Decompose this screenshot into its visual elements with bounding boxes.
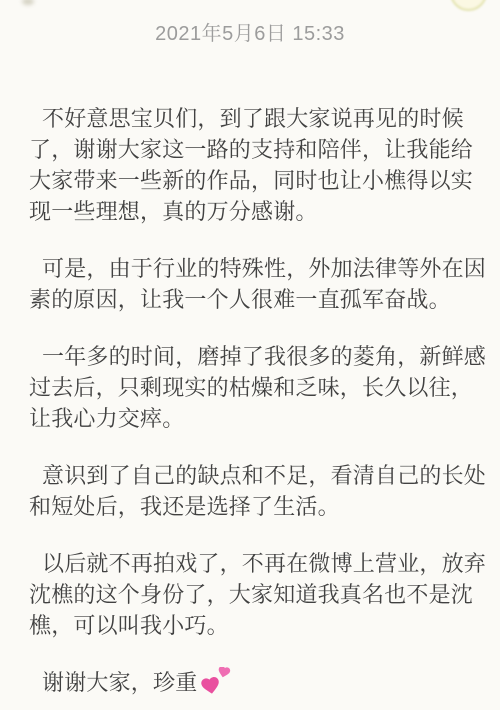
paragraph-line: 素的原因，让我一个人很难一直孤军奋战。: [29, 284, 490, 315]
post-paragraph: 以后就不再拍戏了，不再在微博上营业，放弃 沈樵的这个身份了，大家知道我真名也不是…: [29, 548, 490, 641]
paragraph-line: 让我心力交瘁。: [29, 403, 490, 434]
closing-text: 谢谢大家，珍重: [29, 667, 197, 698]
post-paragraph: 一年多的时间，磨掉了我很多的菱角，新鲜感 过去后，只剩现实的枯燥和乏味，长久以往…: [29, 341, 490, 434]
paragraph-line: 意识到了自己的缺点和不足，看清自己的长处: [29, 460, 490, 491]
post-paragraph: 可是，由于行业的特殊性，外加法律等外在因 素的原因，让我一个人很难一直孤军奋战。: [29, 253, 490, 315]
post-paragraph: 不好意思宝贝们，到了跟大家说再见的时候 了，谢谢大家这一路的支持和陪伴，让我能给…: [29, 103, 490, 227]
post-timestamp: 2021年5月6日 15:33: [0, 17, 500, 46]
two-hearts-emoji: [200, 667, 238, 697]
paragraph-line: 现一些理想，真的万分感谢。: [29, 196, 490, 227]
post-closing-paragraph: 谢谢大家，珍重: [29, 667, 490, 698]
post-body: 不好意思宝贝们，到了跟大家说再见的时候 了，谢谢大家这一路的支持和陪伴，让我能给…: [29, 103, 490, 698]
cropped-emoji-artifact: [450, 0, 487, 11]
post-screen: 2021年5月6日 15:33 不好意思宝贝们，到了跟大家说再见的时候 了，谢谢…: [0, 0, 500, 710]
closing-line: 谢谢大家，珍重: [29, 667, 490, 698]
paragraph-line: 和短处后，我还是选择了生活。: [29, 491, 490, 522]
paragraph-line: 过去后，只剩现实的枯燥和乏味，长久以往，: [29, 372, 490, 403]
paragraph-line: 一年多的时间，磨掉了我很多的菱角，新鲜感: [29, 341, 490, 372]
paragraph-line: 沈樵的这个身份了，大家知道我真名也不是沈: [29, 579, 490, 610]
paragraph-line: 以后就不再拍戏了，不再在微博上营业，放弃: [29, 548, 490, 579]
paragraph-line: 可是，由于行业的特殊性，外加法律等外在因: [29, 253, 490, 284]
post-paragraph: 意识到了自己的缺点和不足，看清自己的长处 和短处后，我还是选择了生活。: [29, 460, 490, 522]
paragraph-line: 了，谢谢大家这一路的支持和陪伴，让我能给: [29, 134, 490, 165]
paragraph-line: 樵，可以叫我小巧。: [29, 610, 490, 641]
cropped-content-artifact: [22, 0, 34, 5]
paragraph-line: 大家带来一些新的作品，同时也让小樵得以实: [29, 165, 490, 196]
paragraph-line: 不好意思宝贝们，到了跟大家说再见的时候: [29, 103, 490, 134]
